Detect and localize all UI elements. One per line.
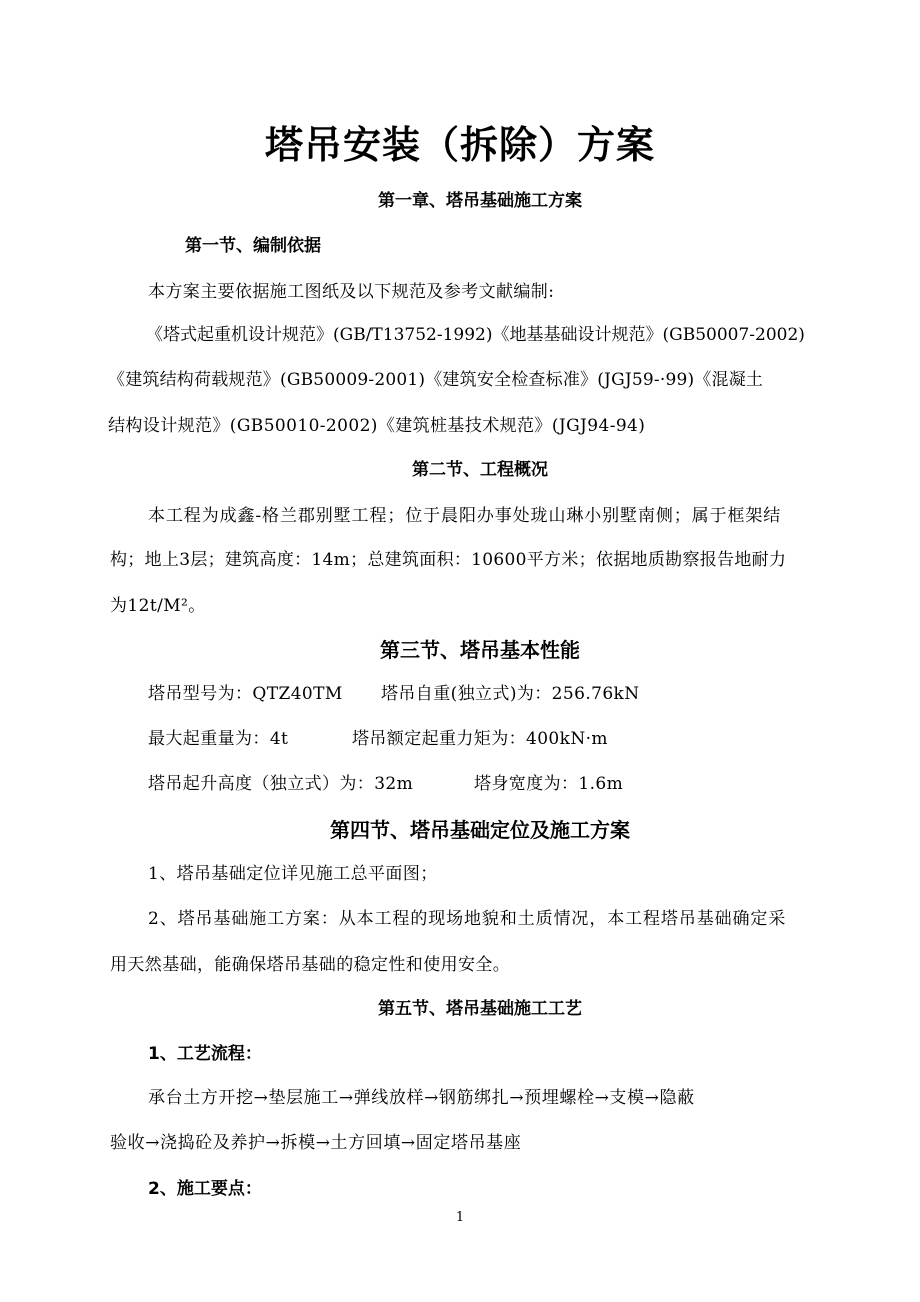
document-title: 塔吊安装（拆除）方案 — [0, 126, 920, 164]
page-number: 1 — [0, 1211, 920, 1224]
spec-row-1: 塔吊型号为：QTZ40TM — [148, 686, 343, 703]
spec-row-2b: 塔吊额定起重力矩为：400kN·m — [352, 731, 608, 748]
spec-label-rated-moment: 塔吊额定起重力矩为： — [352, 729, 526, 749]
spec-value-self-weight: 256.76kN — [552, 684, 640, 704]
spec-value-rated-moment: 400kN·m — [526, 729, 608, 749]
chapter-heading: 第一章、塔吊基础施工方案 — [0, 193, 920, 210]
spec-label-max-load: 最大起重量为： — [148, 729, 270, 749]
overview-line-3: 为12t/M²。 — [110, 598, 206, 615]
construction-points-heading: 2、施工要点： — [148, 1181, 262, 1198]
overview-line-1: 本工程为成鑫-格兰郡别墅工程；位于晨阳办事处珑山琳小别墅南侧；属于框架结 — [148, 508, 781, 525]
process-flow-heading: 1、工艺流程： — [148, 1046, 262, 1063]
process-flow-line-2: 验收→浇捣砼及养护→拆模→土方回填→固定塔吊基座 — [110, 1135, 521, 1152]
section2-heading: 第二节、工程概况 — [0, 462, 920, 479]
spec-row-3b: 塔身宽度为：1.6m — [474, 776, 623, 793]
spec-label-lift-height: 塔吊起升高度（独立式）为： — [148, 774, 374, 794]
overview-line-2: 构；地上3层；建筑高度：14m；总建筑面积：10600平方米；依据地质勘察报告地… — [110, 552, 786, 569]
reference-line-2: 《建筑结构荷载规范》(GB50009-2001)《建筑安全检查标准》(JGJ59… — [108, 372, 820, 389]
process-flow-line-1: 承台土方开挖→垫层施工→弹线放样→钢筋绑扎→预埋螺栓→支模→隐蔽 — [148, 1090, 695, 1107]
spec-value-max-load: 4t — [270, 729, 288, 749]
section4-item-1: 1、塔吊基础定位详见施工总平面图； — [148, 866, 438, 883]
spec-label-model: 塔吊型号为： — [148, 684, 252, 704]
spec-label-tower-width: 塔身宽度为： — [474, 774, 578, 794]
reference-line-3: 结构设计规范》(GB50010-2002)《建筑桩基技术规范》(JGJ94-94… — [108, 418, 645, 435]
spec-row-1b: 塔吊自重(独立式)为：256.76kN — [381, 686, 640, 703]
section1-intro: 本方案主要依据施工图纸及以下规范及参考文献编制: — [148, 284, 554, 301]
document-page: 塔吊安装（拆除）方案 第一章、塔吊基础施工方案 第一节、编制依据 本方案主要依据… — [0, 0, 920, 1302]
section1-heading: 第一节、编制依据 — [185, 238, 321, 255]
spec-value-lift-height: 32m — [374, 774, 413, 794]
section4-heading: 第四节、塔吊基础定位及施工方案 — [0, 820, 920, 840]
spec-value-tower-width: 1.6m — [578, 774, 623, 794]
section4-item-2-line-2: 用天然基础，能确保塔吊基础的稳定性和使用安全。 — [110, 957, 510, 974]
spec-row-3: 塔吊起升高度（独立式）为：32m — [148, 776, 413, 793]
spec-row-2: 最大起重量为：4t — [148, 731, 288, 748]
section3-heading: 第三节、塔吊基本性能 — [0, 640, 920, 660]
spec-label-self-weight: 塔吊自重(独立式)为： — [381, 684, 552, 704]
reference-line-1: 《塔式起重机设计规范》(GB/T13752-1992)《地基基础设计规范》(GB… — [146, 327, 818, 344]
spec-value-model: QTZ40TM — [252, 684, 342, 704]
section5-heading: 第五节、塔吊基础施工工艺 — [0, 1001, 920, 1018]
section4-item-2-line-1: 2、塔吊基础施工方案：从本工程的现场地貌和土质情况，本工程塔吊基础确定采 — [148, 911, 786, 928]
